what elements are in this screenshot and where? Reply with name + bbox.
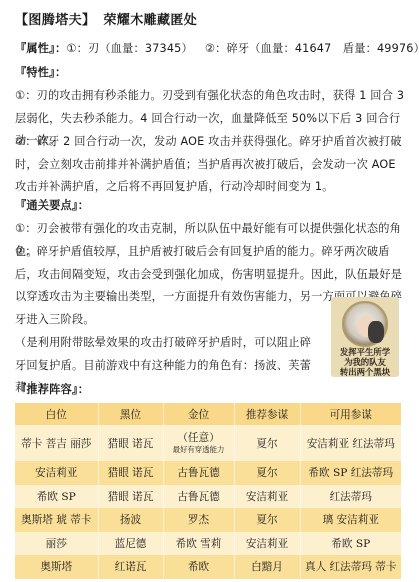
cell: 希欧 雪莉 xyxy=(163,532,234,556)
roster-label: 『推荐阵容』： xyxy=(15,383,89,397)
cell: 猎眼 诺瓦 xyxy=(98,485,163,509)
portrait-frame xyxy=(342,301,388,347)
trait-2-text: 碎牙 2 回合行动一次，发动 AOE 攻击并获得强化。碎牙护盾首次被打破时，会立… xyxy=(15,135,402,193)
cell: 真人 红法蒂玛 蒂卡 xyxy=(300,555,401,579)
unit-2-marker: ②： xyxy=(205,42,227,55)
cell: 扬波 xyxy=(98,508,163,532)
cell: 丽莎 xyxy=(15,532,98,556)
attributes-label: 『属性』： xyxy=(15,42,66,55)
cell: 希欧 SP xyxy=(15,485,98,509)
tip-2-marker: ②： xyxy=(15,245,37,258)
cell: 安洁莉亚 红法蒂玛 xyxy=(300,425,401,461)
cell: 璃 安洁莉亚 xyxy=(300,508,401,532)
caption-line-1: 发挥平生所学 xyxy=(331,347,399,357)
trait-2-marker: ②： xyxy=(15,135,37,148)
cell: 夏尔 xyxy=(234,508,300,532)
roster-table: 白位 黑位 金位 推荐参谋 可用参谋 蒂卡 菩吉 丽莎 猎眼 诺瓦 （任意） 最… xyxy=(15,403,401,579)
cell: 罗杰 xyxy=(163,508,234,532)
table-row: 丽莎 蓝尼德 希欧 雪莉 安洁莉亚 希欧 SP xyxy=(15,532,401,556)
cell: 古鲁瓦德 xyxy=(163,461,234,485)
cell: 白黯月 xyxy=(234,555,300,579)
unit-1-name: 刃 xyxy=(88,42,99,55)
cell: 奥斯塔 琥 蒂卡 xyxy=(15,508,98,532)
cell: 猎眼 诺瓦 xyxy=(98,425,163,461)
unit-2-stats: （血量：41647 盾量：49976） xyxy=(249,42,419,55)
cell-main: （任意） xyxy=(166,431,232,445)
cell: 夏尔 xyxy=(234,425,300,461)
tip-1-marker: ①： xyxy=(15,222,37,235)
caption-line-2: 为我的队友 xyxy=(331,357,399,367)
traits-label: 『特性』： xyxy=(15,66,66,80)
trait-1-marker: ①： xyxy=(15,89,37,102)
cell: 猎眼 诺瓦 xyxy=(98,461,163,485)
cell: 夏尔 xyxy=(234,461,300,485)
cell: 安洁莉亚 xyxy=(234,485,300,509)
table-row: 奥斯塔 琥 蒂卡 扬波 罗杰 夏尔 璃 安洁莉亚 xyxy=(15,508,401,532)
cell: 安洁莉亚 xyxy=(15,461,98,485)
table-row: 希欧 SP 猎眼 诺瓦 古鲁瓦德 安洁莉亚 红法蒂玛 xyxy=(15,485,401,509)
col-recommended-advisor: 推荐参谋 xyxy=(234,403,300,425)
cell: 希欧 xyxy=(163,555,234,579)
portrait-caption: 发挥平生所学 为我的队友 转出两个黑块 xyxy=(331,347,399,377)
col-white: 白位 xyxy=(15,403,98,425)
unit-1-stats: （血量：37345） xyxy=(99,42,193,55)
unit-1-marker: ①： xyxy=(66,42,88,55)
unit-2-name: 碎牙 xyxy=(227,42,250,55)
cell: 蒂卡 菩吉 丽莎 xyxy=(15,425,98,461)
cell: 红诺瓦 xyxy=(98,555,163,579)
col-available-advisor: 可用参谋 xyxy=(300,403,401,425)
cell: 红法蒂玛 xyxy=(300,485,401,509)
cell: 古鲁瓦德 xyxy=(163,485,234,509)
boss-tag: 【图腾塔夫】 xyxy=(15,13,95,28)
cell-note: 最好有穿透能力 xyxy=(166,445,232,455)
trait-2: ②：碎牙 2 回合行动一次，发动 AOE 攻击并获得强化。碎牙护盾首次被打破时，… xyxy=(15,131,405,199)
page-title: 【图腾塔夫】荣耀木雕藏匿处 xyxy=(15,14,197,28)
cell: 蓝尼德 xyxy=(98,532,163,556)
cell: 希欧 SP xyxy=(300,532,401,556)
caption-line-3: 转出两个黑块 xyxy=(331,367,399,377)
character-portrait: 发挥平生所学 为我的队友 转出两个黑块 xyxy=(331,297,399,377)
col-gold: 金位 xyxy=(163,403,234,425)
col-black: 黑位 xyxy=(98,403,163,425)
cell: （任意） 最好有穿透能力 xyxy=(163,425,234,461)
cell: 安洁莉亚 xyxy=(234,532,300,556)
tips-label: 『通关要点』： xyxy=(15,199,89,213)
cell: 希欧 SP 红法蒂玛 xyxy=(300,461,401,485)
cell: 奥斯塔 xyxy=(15,555,98,579)
table-row: 奥斯塔 红诺瓦 希欧 白黯月 真人 红法蒂玛 蒂卡 xyxy=(15,555,401,579)
table-row: 蒂卡 菩吉 丽莎 猎眼 诺瓦 （任意） 最好有穿透能力 夏尔 安洁莉亚 红法蒂玛 xyxy=(15,425,401,461)
attributes-line: 『属性』：①：刃（血量：37345）②：碎牙（血量：41647 盾量：49976… xyxy=(15,42,419,56)
table-header-row: 白位 黑位 金位 推荐参谋 可用参谋 xyxy=(15,403,401,425)
portrait-shadow xyxy=(368,321,384,343)
table-row: 安洁莉亚 猎眼 诺瓦 古鲁瓦德 夏尔 希欧 SP 红法蒂玛 xyxy=(15,461,401,485)
stage-name: 荣耀木雕藏匿处 xyxy=(103,13,197,28)
